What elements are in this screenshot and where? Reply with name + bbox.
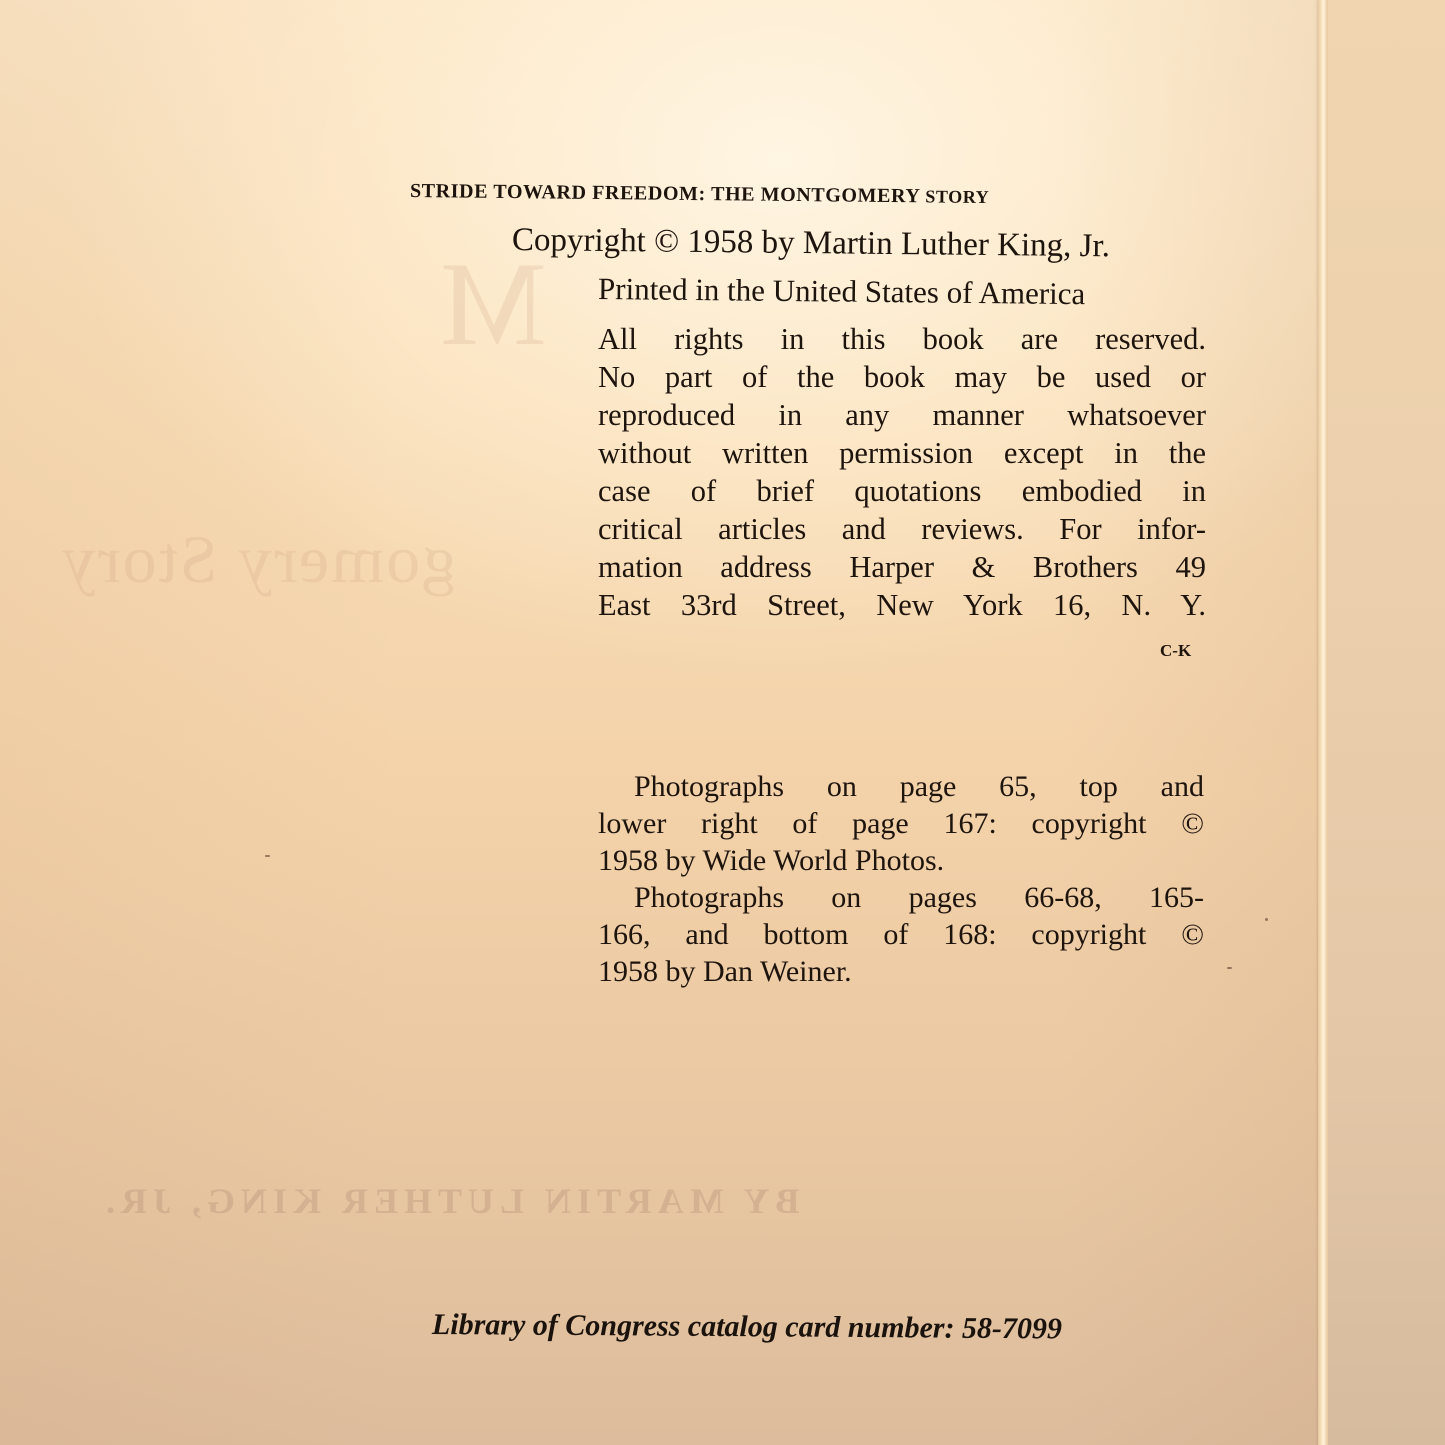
book-title-text: STRIDE TOWARD FREEDOM: THE MONTGOMERY bbox=[410, 180, 920, 207]
book-title-heading: STRIDE TOWARD FREEDOM: THE MONTGOMERY ST… bbox=[410, 180, 1208, 211]
copyright-notice: Copyright © 1958 by Martin Luther King, … bbox=[512, 222, 1110, 265]
photo-credit-line: 1958 by Wide World Photos. bbox=[598, 842, 1204, 879]
rights-line: East 33rd Street, New York 16, N. Y. bbox=[598, 586, 1206, 624]
printed-in-notice: Printed in the United States of America bbox=[598, 271, 1086, 312]
copyright-page-content: STRIDE TOWARD FREEDOM: THE MONTGOMERY ST… bbox=[0, 0, 1445, 1445]
rights-line: All rights in this book are reserved. bbox=[598, 320, 1206, 358]
photo-credit-line: 166, and bottom of 168: copyright © bbox=[598, 916, 1204, 953]
photo-credit-line: 1958 by Dan Weiner. bbox=[598, 953, 1204, 990]
library-of-congress-number: Library of Congress catalog card number:… bbox=[432, 1308, 1062, 1346]
book-title-tail: STORY bbox=[925, 186, 989, 207]
photo-credit-line: Photographs on page 65, top and bbox=[598, 768, 1204, 805]
rights-line: without written permission except in the bbox=[598, 434, 1206, 472]
photo-credit-line: Photographs on pages 66-68, 165- bbox=[598, 879, 1204, 916]
rights-line: case of brief quotations embodied in bbox=[598, 472, 1206, 510]
rights-reserved-paragraph: All rights in this book are reserved. No… bbox=[598, 320, 1206, 624]
rights-line: No part of the book may be used or bbox=[598, 358, 1206, 396]
photo-credit-line: lower right of page 167: copyright © bbox=[598, 805, 1204, 842]
photo-credits: Photographs on page 65, top and lower ri… bbox=[598, 768, 1204, 990]
printer-code: C-K bbox=[1160, 641, 1191, 661]
rights-line: reproduced in any manner whatsoever bbox=[598, 396, 1206, 434]
rights-line: mation address Harper & Brothers 49 bbox=[598, 548, 1206, 586]
rights-line: critical articles and reviews. For infor… bbox=[598, 510, 1206, 548]
